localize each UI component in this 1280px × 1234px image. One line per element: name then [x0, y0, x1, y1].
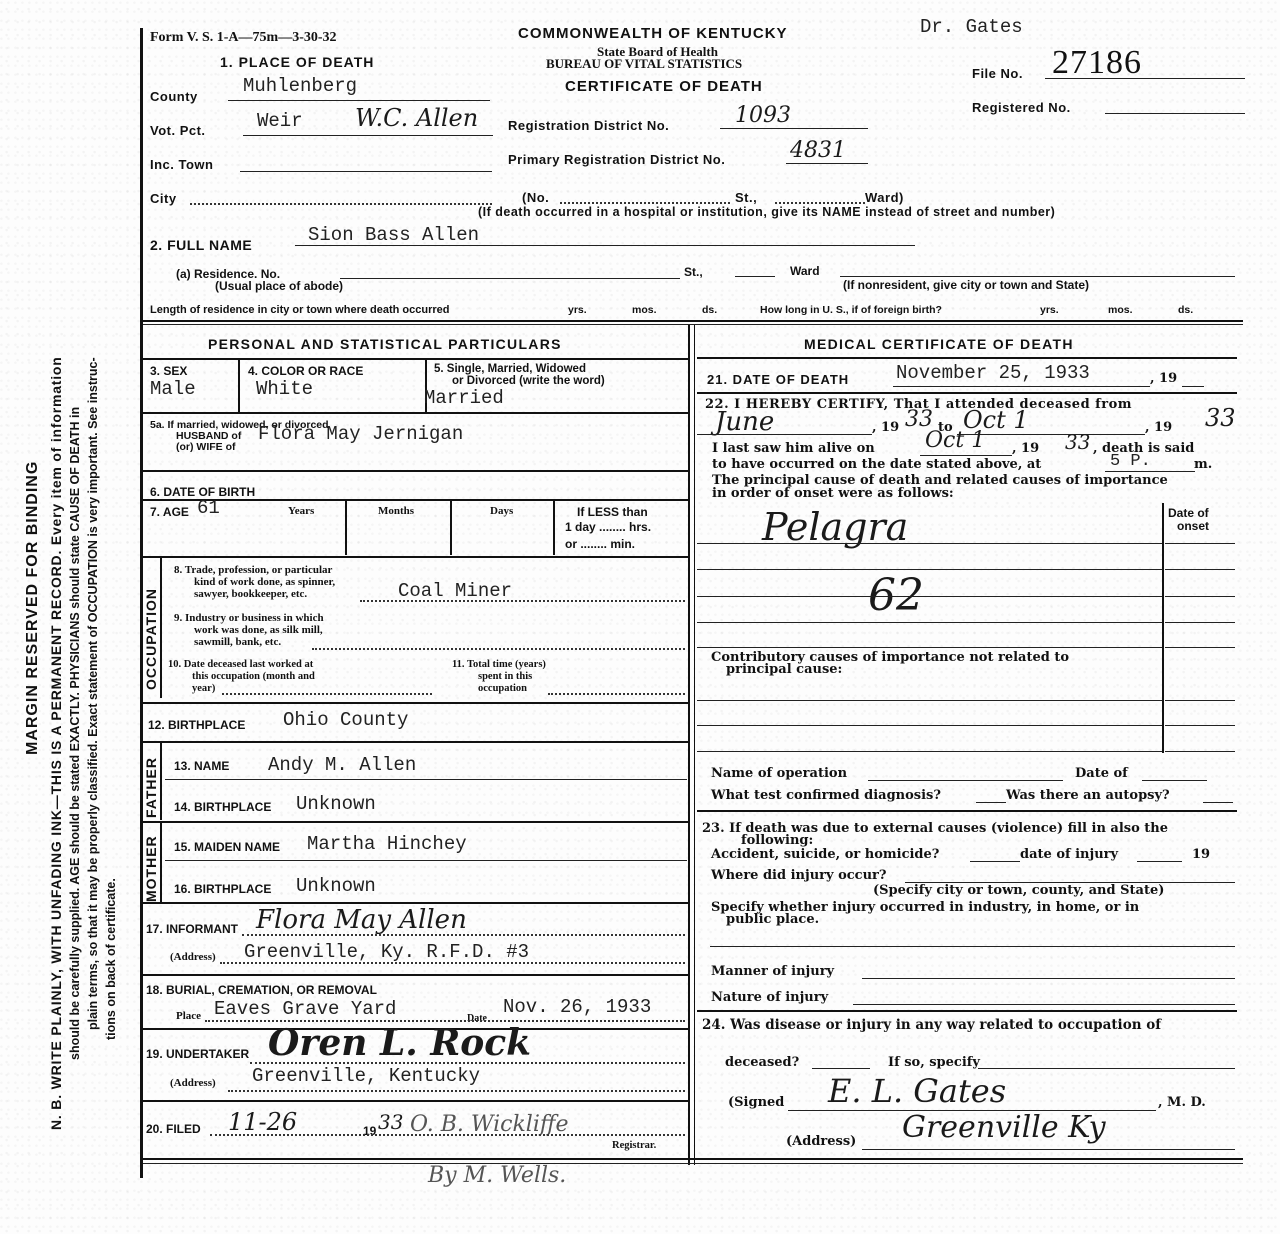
residence-ward-label: Ward — [790, 264, 820, 278]
mother-birthplace-value: Unknown — [296, 875, 376, 897]
undertaker-address-value: Greenville, Kentucky — [252, 1065, 480, 1087]
undertaker-signature: Oren L. Rock — [268, 1022, 531, 1064]
total-time-label-2: spent in this — [478, 671, 532, 683]
row-line-11 — [143, 1100, 688, 1102]
father-name-line — [165, 779, 687, 780]
city-line — [190, 203, 492, 205]
to-19: , 19 — [1145, 421, 1172, 435]
trade-value: Coal Miner — [398, 580, 512, 602]
onset-line-4 — [1165, 622, 1235, 623]
father-side-line — [160, 742, 162, 820]
less-label-2: 1 day ........ hrs. — [565, 521, 651, 534]
mother-name-line — [165, 860, 687, 861]
occupation-side-line — [160, 558, 162, 698]
abode-note: (Usual place of abode) — [215, 279, 343, 293]
sex-divider — [238, 360, 240, 412]
external-label-2: following: — [741, 834, 813, 848]
trade-label-2: kind of work done, as spinner, — [194, 577, 335, 589]
father-name-label: 13. NAME — [174, 759, 229, 773]
last-worked-label-3: year) — [192, 683, 215, 695]
filed-label: 20. FILED — [146, 1122, 201, 1136]
occurred-label: to have occurred on the date stated abov… — [712, 458, 1041, 472]
medical-row-line-1 — [697, 810, 1237, 812]
spouse-label-3: (or) WIFE of — [176, 442, 235, 453]
last-saw-year: 33 — [1065, 430, 1090, 454]
dod-19: , 19 — [1150, 372, 1177, 386]
sex-value: Male — [150, 378, 196, 400]
vot-pct-label: Vot. Pct. — [150, 123, 206, 138]
informant-line — [242, 934, 685, 936]
length-yrs: yrs. — [568, 305, 587, 316]
cause-line-3 — [697, 596, 1162, 597]
onset-label-1: Date of — [1168, 506, 1209, 520]
county-label: County — [150, 89, 198, 104]
physician-signature: E. L. Gates — [828, 1072, 1006, 1110]
marital-value: Married — [424, 387, 504, 409]
last-saw-label: I last saw him alive on — [712, 442, 875, 456]
full-name-label: 2. FULL NAME — [150, 237, 252, 253]
row-line-9 — [143, 974, 688, 976]
inc-town-line — [240, 171, 492, 172]
contrib-line-3 — [697, 751, 1162, 752]
total-time-label-1: 11. Total time (years) — [452, 659, 546, 671]
onset-line-2 — [1165, 569, 1235, 570]
industry-line — [312, 648, 685, 650]
filed-line — [210, 1134, 685, 1136]
residence-ward-line — [735, 276, 775, 277]
margin-instruction-1: N. B. WRITE PLAINLY, WITH UNFADING INK—T… — [48, 356, 64, 1130]
race-label: 4. COLOR OR RACE — [248, 364, 363, 378]
onset-line-1 — [1165, 543, 1235, 544]
occ-related-line — [812, 1068, 870, 1069]
personal-heading: PERSONAL AND STATISTICAL PARTICULARS — [208, 336, 562, 352]
onset-line-5 — [1165, 647, 1235, 648]
injury-date-label: date of injury — [1020, 848, 1118, 862]
last-saw-line — [920, 455, 1012, 456]
last-saw-value: Oct 1 — [925, 428, 985, 453]
death-certificate: MARGIN RESERVED FOR BINDING N. B. WRITE … — [0, 0, 1280, 1234]
informant-address-value: Greenville, Ky. R.F.D. #3 — [244, 941, 529, 963]
less-label-3: or ........ min. — [565, 538, 635, 551]
contrib-line-1 — [697, 700, 1162, 701]
specify-line — [710, 946, 1235, 947]
filed-by-signature: By M. Wells. — [428, 1163, 566, 1188]
ward-line — [775, 202, 865, 204]
informant-label: 17. INFORMANT — [146, 922, 238, 936]
occupation-side-label: OCCUPATION — [143, 588, 159, 690]
undertaker-label: 19. UNDERTAKER — [146, 1047, 249, 1061]
attended-from-line — [697, 434, 872, 435]
informant-address-label: (Address) — [170, 952, 216, 964]
operation-label: Name of operation — [711, 767, 847, 781]
reg-district-line — [720, 128, 868, 129]
time-value: 5 P. — [1110, 452, 1151, 471]
cause-line-1 — [697, 543, 1162, 544]
from-19: , 19 — [872, 421, 899, 435]
primary-reg-line — [786, 163, 868, 164]
row-line-3 — [143, 499, 688, 501]
bottom-line — [143, 1158, 1243, 1160]
operation-date-line — [1142, 780, 1207, 781]
occ-related-label-2: deceased? — [725, 1056, 799, 1070]
medical-row-line-2 — [697, 1010, 1237, 1012]
years-label: Years — [288, 506, 314, 518]
ward-label: Ward) — [865, 190, 904, 205]
length-mos: mos. — [632, 305, 657, 316]
commonwealth-title: COMMONWEALTH OF KENTUCKY — [518, 25, 788, 42]
physician-address-line — [862, 1149, 1235, 1150]
burial-date-value: Nov. 26, 1933 — [503, 996, 651, 1018]
if-so-line — [978, 1068, 1235, 1069]
date-of-death-value: November 25, 1933 — [896, 362, 1090, 384]
registered-no-label: Registered No. — [972, 100, 1071, 115]
operation-date-label: Date of — [1075, 767, 1128, 781]
city-label: City — [150, 191, 177, 206]
birthplace-value: Ohio County — [283, 709, 408, 731]
foreign-yrs: yrs. — [1040, 305, 1059, 316]
father-name-value: Andy M. Allen — [268, 754, 416, 776]
date-of-death-label: 21. DATE OF DEATH — [707, 372, 849, 387]
primary-registration-value: 4831 — [790, 138, 846, 163]
dod-row-line — [697, 392, 1237, 394]
full-name-value: Sion Bass Allen — [308, 224, 479, 246]
row-line-2 — [143, 470, 688, 472]
street-no-line — [560, 202, 730, 204]
registrar-label: Registrar. — [612, 1140, 656, 1152]
bureau-title: BUREAU OF VITAL STATISTICS — [546, 56, 742, 72]
trade-label-1: 8. Trade, profession, or particular — [174, 565, 332, 577]
industry-label-1: 9. Industry or business in which — [174, 613, 324, 625]
contributory-label-2: principal cause: — [726, 663, 842, 677]
mother-birthplace-label: 16. BIRTHPLACE — [174, 882, 271, 896]
full-name-line — [295, 245, 915, 246]
place-of-death-heading: 1. PLACE OF DEATH — [220, 54, 374, 70]
onset-line-3 — [1165, 596, 1235, 597]
undertaker-line — [250, 1062, 685, 1064]
mother-name-label: 15. MAIDEN NAME — [174, 840, 280, 854]
race-value: White — [256, 378, 313, 400]
bottom-line-2 — [143, 1163, 1243, 1164]
age-col-divider-3 — [553, 500, 555, 555]
birthplace-label: 12. BIRTHPLACE — [148, 718, 245, 732]
age-col-divider-2 — [450, 500, 452, 555]
residence-line — [340, 278, 680, 279]
where-label: Where did injury occur? — [711, 869, 887, 883]
length-residence-label: Length of residence in city or town wher… — [150, 305, 450, 316]
file-no-line — [1045, 78, 1245, 79]
foreign-birth-label: How long in U. S., if of foreign birth? — [760, 305, 942, 316]
mother-side-label: MOTHER — [143, 835, 159, 902]
margin-instruction-2: should be carefully supplied. AGE should… — [68, 407, 82, 1060]
injury-19: 19 — [1192, 848, 1210, 862]
father-side-label: FATHER — [143, 757, 159, 818]
hospital-note: (If death occurred in a hospital or inst… — [478, 205, 1055, 219]
registration-district-value: 1093 — [735, 103, 791, 128]
county-line — [228, 100, 490, 101]
onset-divider — [1162, 503, 1164, 753]
marital-label-1: 5. Single, Married, Widowed — [434, 364, 586, 375]
age-col-divider-1 — [345, 500, 347, 555]
manner-label: Manner of injury — [711, 965, 834, 979]
vot-pct-line — [243, 135, 493, 136]
specify-label-2: public place. — [726, 913, 819, 927]
certificate-title: CERTIFICATE OF DEATH — [565, 78, 763, 95]
if-so-label: If so, specify — [888, 1056, 980, 1070]
physician-address-value: Greenville Ky — [902, 1110, 1106, 1145]
informant-address-line — [220, 962, 685, 964]
test-label: What test confirmed diagnosis? — [711, 789, 941, 803]
mother-side-line — [160, 822, 162, 902]
burial-place-label: Place — [176, 1011, 201, 1023]
nonresident-note: (If nonresident, give city or town and S… — [843, 278, 1089, 292]
residence-st-label: St., — [684, 265, 703, 279]
autopsy-label: Was there an autopsy? — [1006, 789, 1170, 803]
street-no-label: (No. — [522, 190, 549, 205]
less-label-1: If LESS than — [577, 506, 648, 519]
time-line — [1105, 471, 1195, 472]
last-worked-label-2: this occupation (month and — [192, 671, 315, 683]
medical-heading-line — [697, 357, 1237, 359]
personal-heading-line — [143, 358, 688, 360]
test-line — [976, 802, 1006, 803]
attended-from-value: June — [715, 407, 774, 437]
county-value: Muhlenberg — [243, 75, 357, 97]
st-label: St., — [735, 190, 757, 205]
dod-line — [893, 386, 1150, 387]
last-worked-label-1: 10. Date deceased last worked at — [168, 659, 313, 671]
burial-place-value: Eaves Grave Yard — [214, 998, 396, 1020]
manner-line — [862, 978, 1235, 979]
last-saw-19: , 19 — [1012, 442, 1039, 456]
primary-registration-label: Primary Registration District No. — [508, 152, 725, 167]
residence-city-line — [840, 276, 1235, 277]
foreign-ds: ds. — [1178, 305, 1193, 316]
length-ds: ds. — [702, 305, 717, 316]
contrib-onset-3 — [1165, 751, 1235, 752]
contrib-onset-1 — [1165, 700, 1235, 701]
margin-binding-note: MARGIN RESERVED FOR BINDING — [24, 461, 42, 755]
cause-line-5 — [697, 647, 1162, 648]
father-birthplace-label: 14. BIRTHPLACE — [174, 800, 271, 814]
age-value: 61 — [197, 497, 220, 519]
burial-label: 18. BURIAL, CREMATION, OR REMOVAL — [146, 983, 377, 997]
months-label: Months — [378, 506, 414, 518]
injury-date-line — [1137, 861, 1182, 862]
dod-19-line — [1182, 386, 1204, 387]
total-time-line — [548, 693, 685, 695]
autopsy-line — [1203, 802, 1233, 803]
registration-district-label: Registration District No. — [508, 118, 669, 133]
section-divider — [143, 320, 1243, 322]
column-divider — [688, 325, 690, 1165]
section-divider-2 — [143, 324, 1243, 325]
physician-address-label: (Address) — [786, 1135, 856, 1149]
row-line-7 — [143, 821, 688, 823]
trade-label-3: sawyer, bookkeeper, etc. — [194, 589, 307, 601]
age-label: 7. AGE — [150, 505, 189, 519]
where-note: (Specify city or town, county, and State… — [873, 884, 1164, 898]
mother-name-value: Martha Hinchey — [307, 833, 467, 855]
father-birthplace-value: Unknown — [296, 793, 376, 815]
nature-line — [853, 1004, 1235, 1005]
foreign-mos: mos. — [1108, 305, 1133, 316]
marital-label-2: or Divorced (write the word) — [452, 376, 605, 387]
onset-label-2: onset — [1177, 519, 1209, 533]
md-label: , M. D. — [1158, 1096, 1206, 1110]
industry-label-2: work was done, as silk mill, — [194, 625, 323, 637]
inc-town-label: Inc. Town — [150, 157, 213, 172]
cause-line-2 — [697, 569, 1162, 570]
to-year: 33 — [1205, 404, 1236, 432]
days-label: Days — [490, 506, 513, 518]
spouse-value: Flora May Jernigan — [258, 423, 463, 445]
informant-signature: Flora May Allen — [256, 905, 467, 935]
row-line-6 — [143, 741, 688, 743]
margin-instruction-4: tions on back of certificate. — [104, 878, 118, 1040]
signed-label: (Signed — [728, 1096, 784, 1110]
sex-label: 3. SEX — [150, 364, 187, 378]
cause-line-4 — [697, 622, 1162, 623]
row-line-4 — [143, 556, 688, 558]
contrib-onset-2 — [1165, 725, 1235, 726]
form-number: Form V. S. 1-A—75m—3-30-32 — [150, 30, 337, 46]
operation-line — [868, 780, 1063, 781]
undertaker-address-line — [228, 1090, 685, 1092]
doctor-note: Dr. Gates — [920, 16, 1023, 38]
filed-date: 11-26 — [228, 1108, 297, 1136]
last-worked-line — [222, 693, 432, 695]
nature-label: Nature of injury — [711, 991, 828, 1005]
medical-heading: MEDICAL CERTIFICATE OF DEATH — [804, 336, 1074, 352]
file-number: 27186 — [1052, 44, 1142, 82]
vot-pct-value: Weir — [257, 110, 303, 132]
registered-no-line — [1105, 113, 1245, 114]
time-m: m. — [1194, 458, 1212, 472]
row-line-8 — [143, 902, 688, 904]
contrib-line-2 — [697, 725, 1162, 726]
accident-line — [970, 861, 1020, 862]
column-divider-2 — [694, 325, 695, 1165]
row-line-5 — [143, 702, 688, 704]
row-line-1 — [143, 412, 688, 414]
accident-label: Accident, suicide, or homicide? — [711, 848, 939, 862]
undertaker-address-label: (Address) — [170, 1078, 216, 1090]
principal-label-2: in order of onset were as follows: — [712, 487, 954, 501]
trade-line — [360, 600, 685, 602]
occ-related-label-1: 24. Was disease or injury in any way rel… — [702, 1018, 1161, 1032]
industry-label-3: sawmill, bank, etc. — [194, 637, 281, 649]
margin-instruction-3: plain terms, so that it may be properly … — [86, 357, 100, 1030]
filed-year: 33 — [378, 1110, 403, 1134]
total-time-label-3: occupation — [478, 683, 527, 695]
vot-pct-signature: W.C. Allen — [355, 104, 478, 132]
file-no-label: File No. — [972, 66, 1023, 81]
